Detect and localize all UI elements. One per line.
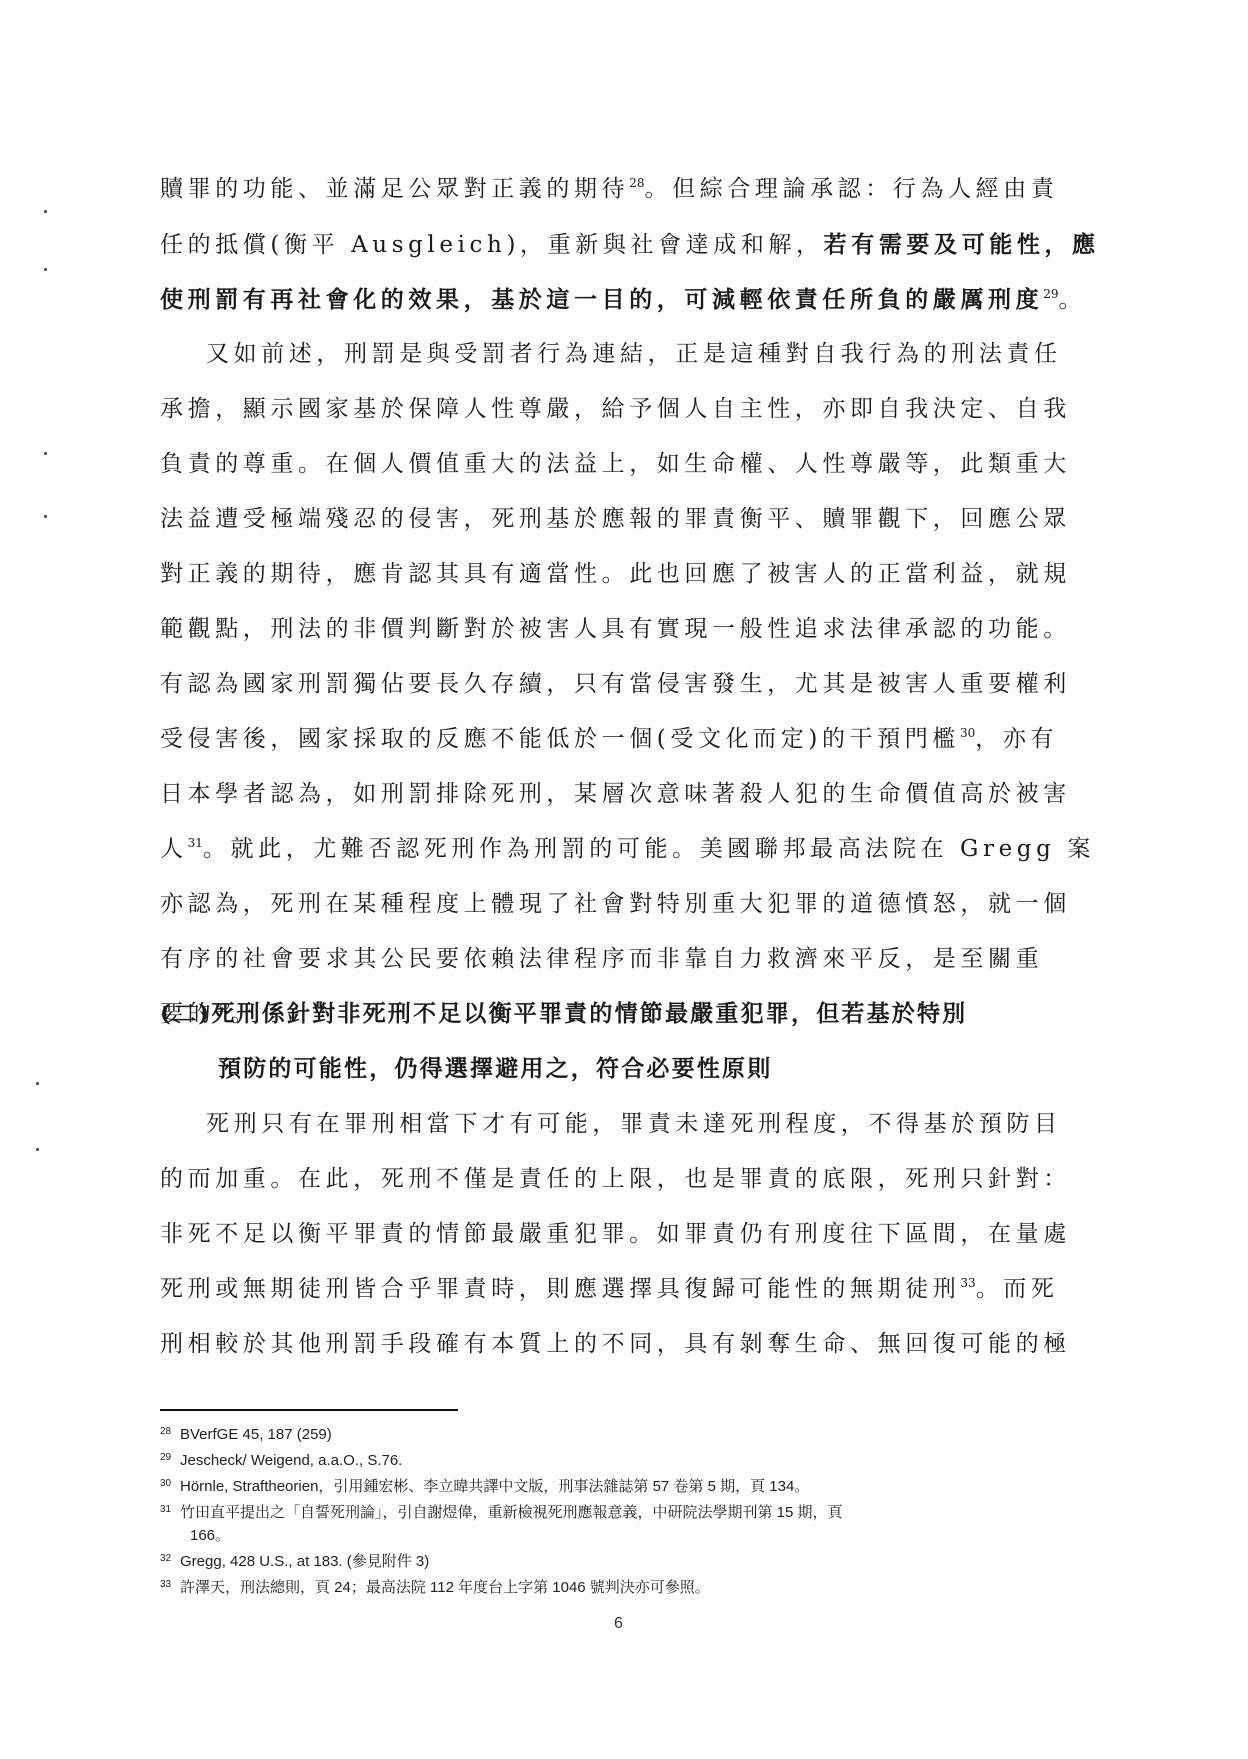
footnotes: 28BVerfGE 45, 187 (259)29Jescheck/ Weige…: [160, 1420, 1100, 1599]
scan-artifact-dot: [36, 1082, 39, 1085]
text-run: 刑相較於其他刑罰手段確有本質上的不同，具有剝奪生命、無回復可能的極: [160, 1331, 1071, 1357]
text-run: 。就此，尤難否認死刑作為刑罰的可能。美國聯邦最高法院在 Gregg 案: [203, 836, 1095, 862]
footnote-text: Gregg, 428 U.S., at 183. (參見附件 3): [180, 1553, 429, 1570]
scan-artifact-dot: [44, 515, 47, 518]
text-run: 亦認為，死刑在某種程度上體現了社會對特別重大犯罪的道德憤怒，就一個: [160, 891, 1071, 917]
scan-artifact-dot: [44, 452, 47, 455]
footnote-29: 29Jescheck/ Weigend, a.a.O., S.76.: [160, 1446, 1100, 1472]
text-line: 非死不足以衡平罪責的情節最嚴重犯罪。如罪責仍有刑度往下區間，在量處: [160, 1207, 1100, 1262]
text-run: 任的抵償(衡平 Ausgleich)，重新與社會達成和解，: [160, 232, 824, 258]
text-run: 範觀點，刑法的非價判斷對於被害人具有實現一般性追求法律承認的功能。: [160, 616, 1071, 642]
bold-text: 若有需要及可能性，應: [824, 231, 1100, 258]
text-line: 任的抵償(衡平 Ausgleich)，重新與社會達成和解，若有需要及可能性，應: [160, 217, 1100, 272]
text-line: 範觀點，刑法的非價判斷對於被害人具有實現一般性追求法律承認的功能。: [160, 602, 1100, 657]
text-line: 負責的尊重。在個人價值重大的法益上，如生命權、人性尊嚴等，此類重大: [160, 437, 1100, 492]
text-run: 有序的社會要求其公民要依賴法律程序而非靠自力救濟來平反，是至關重: [160, 946, 1043, 972]
footnote-number: 32: [160, 1547, 180, 1570]
text-line: 日本學者認為，如刑罰排除死刑，某層次意味著殺人犯的生命價值高於被害: [160, 767, 1100, 822]
footnote-text: 竹田直平提出之「自誓死刑論」，引自謝煜偉，重新檢視死刑應報意義，中研院法學期刊第…: [180, 1504, 843, 1521]
text-run: 有認為國家刑罰獨佔要長久存續，只有當侵害發生，尤其是被害人重要權利: [160, 671, 1071, 697]
text-line: 又如前述，刑罰是與受罰者行為連結，正是這種對自我行為的刑法責任: [160, 327, 1100, 382]
text-line: 死刑或無期徒刑皆合乎罪責時，則應選擇具復歸可能性的無期徒刑33。而死: [160, 1262, 1100, 1317]
section-heading: (二)死刑係針對非死刑不足以衡平罪責的情節最嚴重犯罪，但若基於特別 預防的可能性…: [160, 986, 1120, 1096]
footnote-number: 33: [160, 1573, 180, 1596]
section-heading-line-1: (二)死刑係針對非死刑不足以衡平罪責的情節最嚴重犯罪，但若基於特別: [160, 986, 1120, 1041]
text-run: 贖罪的功能、並滿足公眾對正義的期待: [160, 176, 629, 202]
text-run: 又如前述，刑罰是與受罰者行為連結，正是這種對自我行為的刑法責任: [206, 341, 1062, 367]
text-line: 亦認為，死刑在某種程度上體現了社會對特別重大犯罪的道德憤怒，就一個: [160, 877, 1100, 932]
footnote-number: 30: [160, 1472, 180, 1495]
text-run: 負責的尊重。在個人價值重大的法益上，如生命權、人性尊嚴等，此類重大: [160, 451, 1071, 477]
text-run: 人: [160, 836, 188, 862]
text-run: ，亦有: [975, 726, 1058, 752]
footnote-number: 31: [160, 1498, 180, 1521]
footnote-ref: 33: [960, 1276, 975, 1290]
footnote-28: 28BVerfGE 45, 187 (259): [160, 1420, 1100, 1446]
section-heading-line-2: 預防的可能性，仍得選擇避用之，符合必要性原則: [160, 1041, 1120, 1096]
footnote-33: 33許澤天，刑法總則，頁 24；最高法院 112 年度台上字第 1046 號判決…: [160, 1573, 1100, 1599]
text-run: 非死不足以衡平罪責的情節最嚴重犯罪。如罪責仍有刑度往下區間，在量處: [160, 1221, 1071, 1247]
paragraph-2: 又如前述，刑罰是與受罰者行為連結，正是這種對自我行為的刑法責任承擔，顯示國家基於…: [160, 327, 1100, 1042]
footnote-ref: 30: [960, 726, 975, 740]
text-line: 死刑只有在罪刑相當下才有可能，罪責未達死刑程度，不得基於預防目: [160, 1097, 1100, 1152]
text-line: 刑相較於其他刑罰手段確有本質上的不同，具有剝奪生命、無回復可能的極: [160, 1317, 1100, 1372]
page-number: 6: [614, 1615, 623, 1633]
text-line: 受侵害後，國家採取的反應不能低於一個(受文化而定)的干預門檻30，亦有: [160, 712, 1100, 767]
text-line: 的而加重。在此，死刑不僅是責任的上限，也是罪責的底限，死刑只針對：: [160, 1152, 1100, 1207]
footnote-number: 28: [160, 1420, 180, 1443]
scan-artifact-dot: [44, 210, 47, 213]
text-line: 對正義的期待，應肯認其具有適當性。此也回應了被害人的正當利益，就規: [160, 547, 1100, 602]
text-line: 法益遭受極端殘忍的侵害，死刑基於應報的罪責衡平、贖罪觀下，回應公眾: [160, 492, 1100, 547]
text-run: 。但綜合理論承認：行為人經由責: [644, 176, 1058, 202]
footnote-text: BVerfGE 45, 187 (259): [180, 1426, 332, 1443]
footnote-continuation: 166。: [160, 1524, 1100, 1547]
footnote-ref: 28: [629, 176, 644, 190]
text-run: 承擔，顯示國家基於保障人性尊嚴，給予個人自主性，亦即自我決定、自我: [160, 396, 1071, 422]
footnote-text: Jescheck/ Weigend, a.a.O., S.76.: [180, 1452, 402, 1469]
footnote-ref: 31: [188, 836, 203, 850]
footnote-separator: [160, 1409, 458, 1411]
footnote-32: 32Gregg, 428 U.S., at 183. (參見附件 3): [160, 1547, 1100, 1573]
footnote-30: 30Hörnle, Straftheorien，引用鍾宏彬、李立暐共譯中文版，刑…: [160, 1472, 1100, 1498]
text-run: 死刑只有在罪刑相當下才有可能，罪責未達死刑程度，不得基於預防目: [206, 1111, 1062, 1137]
text-run: 。: [1058, 287, 1086, 313]
paragraph-1: 贖罪的功能、並滿足公眾對正義的期待28。但綜合理論承認：行為人經由責任的抵償(衡…: [160, 162, 1100, 327]
text-run: 法益遭受極端殘忍的侵害，死刑基於應報的罪責衡平、贖罪觀下，回應公眾: [160, 506, 1071, 532]
text-run: 的而加重。在此，死刑不僅是責任的上限，也是罪責的底限，死刑只針對：: [160, 1166, 1071, 1192]
text-line: 有序的社會要求其公民要依賴法律程序而非靠自力救濟來平反，是至關重: [160, 932, 1100, 987]
footnote-31: 31竹田直平提出之「自誓死刑論」，引自謝煜偉，重新檢視死刑應報意義，中研院法學期…: [160, 1498, 1100, 1524]
text-run: 。而死: [976, 1276, 1059, 1302]
footnote-text: Hörnle, Straftheorien，引用鍾宏彬、李立暐共譯中文版，刑事法…: [180, 1478, 809, 1495]
bold-text: 使刑罰有再社會化的效果，基於這一目的，可減輕依責任所負的嚴厲刑度: [160, 286, 1043, 313]
text-run: 受侵害後，國家採取的反應不能低於一個(受文化而定)的干預門檻: [160, 726, 960, 752]
text-line: 人31。就此，尤難否認死刑作為刑罰的可能。美國聯邦最高法院在 Gregg 案: [160, 822, 1100, 877]
paragraph-3: 死刑只有在罪刑相當下才有可能，罪責未達死刑程度，不得基於預防目的而加重。在此，死…: [160, 1097, 1100, 1372]
text-run: 死刑或無期徒刑皆合乎罪責時，則應選擇具復歸可能性的無期徒刑: [160, 1276, 960, 1302]
scan-artifact-dot: [36, 1148, 39, 1151]
scan-artifact-dot: [44, 268, 47, 271]
text-line: 贖罪的功能、並滿足公眾對正義的期待28。但綜合理論承認：行為人經由責: [160, 162, 1100, 217]
text-line: 有認為國家刑罰獨佔要長久存續，只有當侵害發生，尤其是被害人重要權利: [160, 657, 1100, 712]
footnote-number: 29: [160, 1446, 180, 1469]
text-line: 使刑罰有再社會化的效果，基於這一目的，可減輕依責任所負的嚴厲刑度29。: [160, 272, 1100, 327]
footnote-text: 許澤天，刑法總則，頁 24；最高法院 112 年度台上字第 1046 號判決亦可…: [180, 1579, 710, 1596]
document-page: 贖罪的功能、並滿足公眾對正義的期待28。但綜合理論承認：行為人經由責任的抵償(衡…: [0, 0, 1248, 1759]
text-run: 對正義的期待，應肯認其具有適當性。此也回應了被害人的正當利益，就規: [160, 561, 1071, 587]
footnote-ref: 29: [1043, 287, 1058, 301]
text-run: 日本學者認為，如刑罰排除死刑，某層次意味著殺人犯的生命價值高於被害: [160, 781, 1071, 807]
text-line: 承擔，顯示國家基於保障人性尊嚴，給予個人自主性，亦即自我決定、自我: [160, 382, 1100, 437]
